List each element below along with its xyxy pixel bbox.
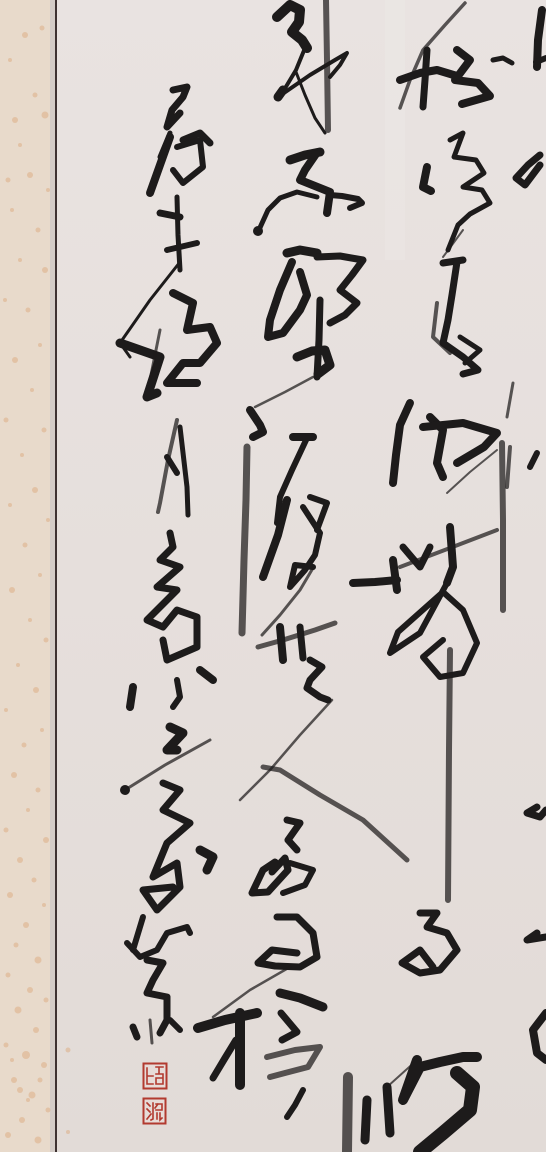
mount-edge-band [50,0,55,1152]
mount-border [0,0,51,1152]
brush-stroke [300,627,303,658]
brush-stroke [280,627,283,660]
seal-lower: artist seal (lower) [144,1099,166,1124]
brush-stroke [287,250,317,253]
brush-stroke [177,197,180,270]
brush-stroke [133,1027,137,1037]
brush-stroke [130,687,133,707]
scroll-canvas: 樹 鳴 春 潮 帶 [0,0,546,1152]
brush-stroke [502,443,503,610]
brush-stroke [150,1020,152,1043]
brush-stroke [326,0,328,130]
mount-border-line [55,0,57,1152]
brush-stroke [387,1087,390,1133]
seal-upper: artist seal (upper) [144,1064,167,1089]
brush-stroke [527,933,546,940]
paper-fold-highlight [385,0,405,260]
brush-dot [120,785,130,795]
brush-dot [253,226,263,236]
brush-stroke [317,300,320,377]
brush-stroke [423,50,427,107]
calligraphy-scroll: 樹 鳴 春 潮 帶 [0,0,546,1152]
brush-stroke [353,580,397,583]
brush-stroke [365,1100,367,1140]
brush-stroke [536,58,546,62]
brush-stroke [393,560,397,590]
brush-stroke [347,1077,348,1152]
brush-stroke [448,650,450,900]
